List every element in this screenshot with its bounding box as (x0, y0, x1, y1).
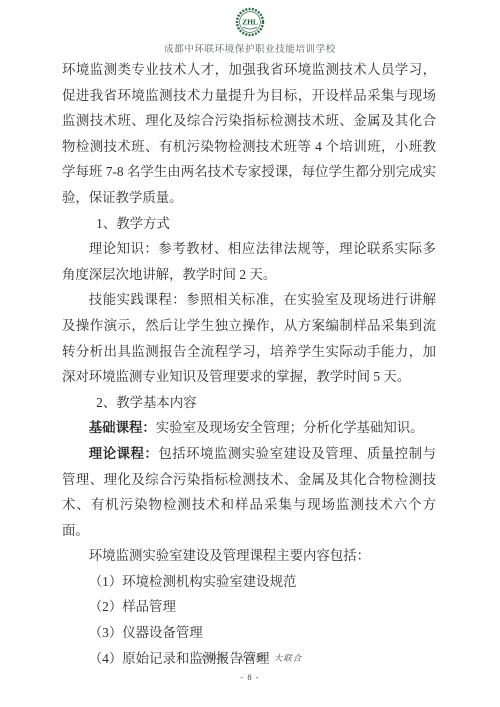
paragraph-lead-bold: 理论课程： (89, 446, 159, 461)
document-page: ZHL 成都中环联环境保护职业技能培训学校 环境监测类专业技术人才，加强我省环境… (0, 0, 500, 707)
logo-text: ZHL (242, 18, 258, 27)
paragraph: 环境监测实验室建设及管理课程主要内容包括： (62, 543, 436, 569)
paragraph-text: （3）仪器设备管理 (89, 625, 203, 640)
paragraph: 1、教学方式 (62, 211, 436, 237)
paragraph-text: 2、教学基本内容 (96, 395, 196, 410)
paragraph: （2）样品管理 (62, 594, 436, 620)
paragraph: 环境监测类专业技术人才，加强我省环境监测技术人员学习，促进我省环境监测技术力量提… (62, 57, 436, 211)
paragraph: 基础课程：实验室及现场安全管理；分析化学基础知识。 (62, 415, 436, 441)
paragraph-text: 技能实践课程：参照相关标准，在实验室及现场进行讲解及操作演示，然后让学生独立操作… (62, 292, 436, 384)
paragraph: 2、教学基本内容 (62, 390, 436, 416)
paragraph: 理论知识：参考教材、相应法律法规等，理论联系实际多角度深层次地讲解，教学时间 2… (62, 236, 436, 287)
paragraph-text: 理论知识：参考教材、相应法律法规等，理论联系实际多角度深层次地讲解，教学时间 2… (62, 241, 436, 282)
paragraph-text: 环境监测类专业技术人才，加强我省环境监测技术人员学习，促进我省环境监测技术力量提… (62, 62, 436, 205)
paragraph-text: （1）环境检测机构实验室建设规范 (89, 574, 297, 589)
paragraph-lead-bold: 基础课程： (89, 420, 156, 435)
paragraph: 技能实践课程：参照相关标准，在实验室及现场进行讲解及操作演示，然后让学生独立操作… (62, 287, 436, 389)
page-number: - 8 - (0, 672, 500, 682)
paragraph-text: 环境监测实验室建设及管理课程主要内容包括： (89, 548, 370, 563)
seal-icon: ZHL (235, 7, 265, 37)
paragraph: （3）仪器设备管理 (62, 620, 436, 646)
paragraph-text: （2）样品管理 (89, 599, 176, 614)
paragraph-text: 1、教学方式 (96, 216, 170, 231)
footer-slogan: 大中华 大环境 大联合 (0, 652, 500, 664)
document-body: 环境监测类专业技术人才，加强我省环境监测技术人员学习，促进我省环境监测技术力量提… (62, 57, 436, 671)
school-logo-icon: ZHL (235, 7, 265, 37)
paragraph: （1）环境检测机构实验室建设规范 (62, 569, 436, 595)
school-name: 成都中环联环境保护职业技能培训学校 (0, 41, 500, 55)
paragraph-text: 实验室及现场安全管理；分析化学基础知识。 (156, 420, 424, 435)
paragraph: 理论课程：包括环境监测实验室建设及管理、质量控制与管理、理化及综合污染指标检测技… (62, 441, 436, 543)
